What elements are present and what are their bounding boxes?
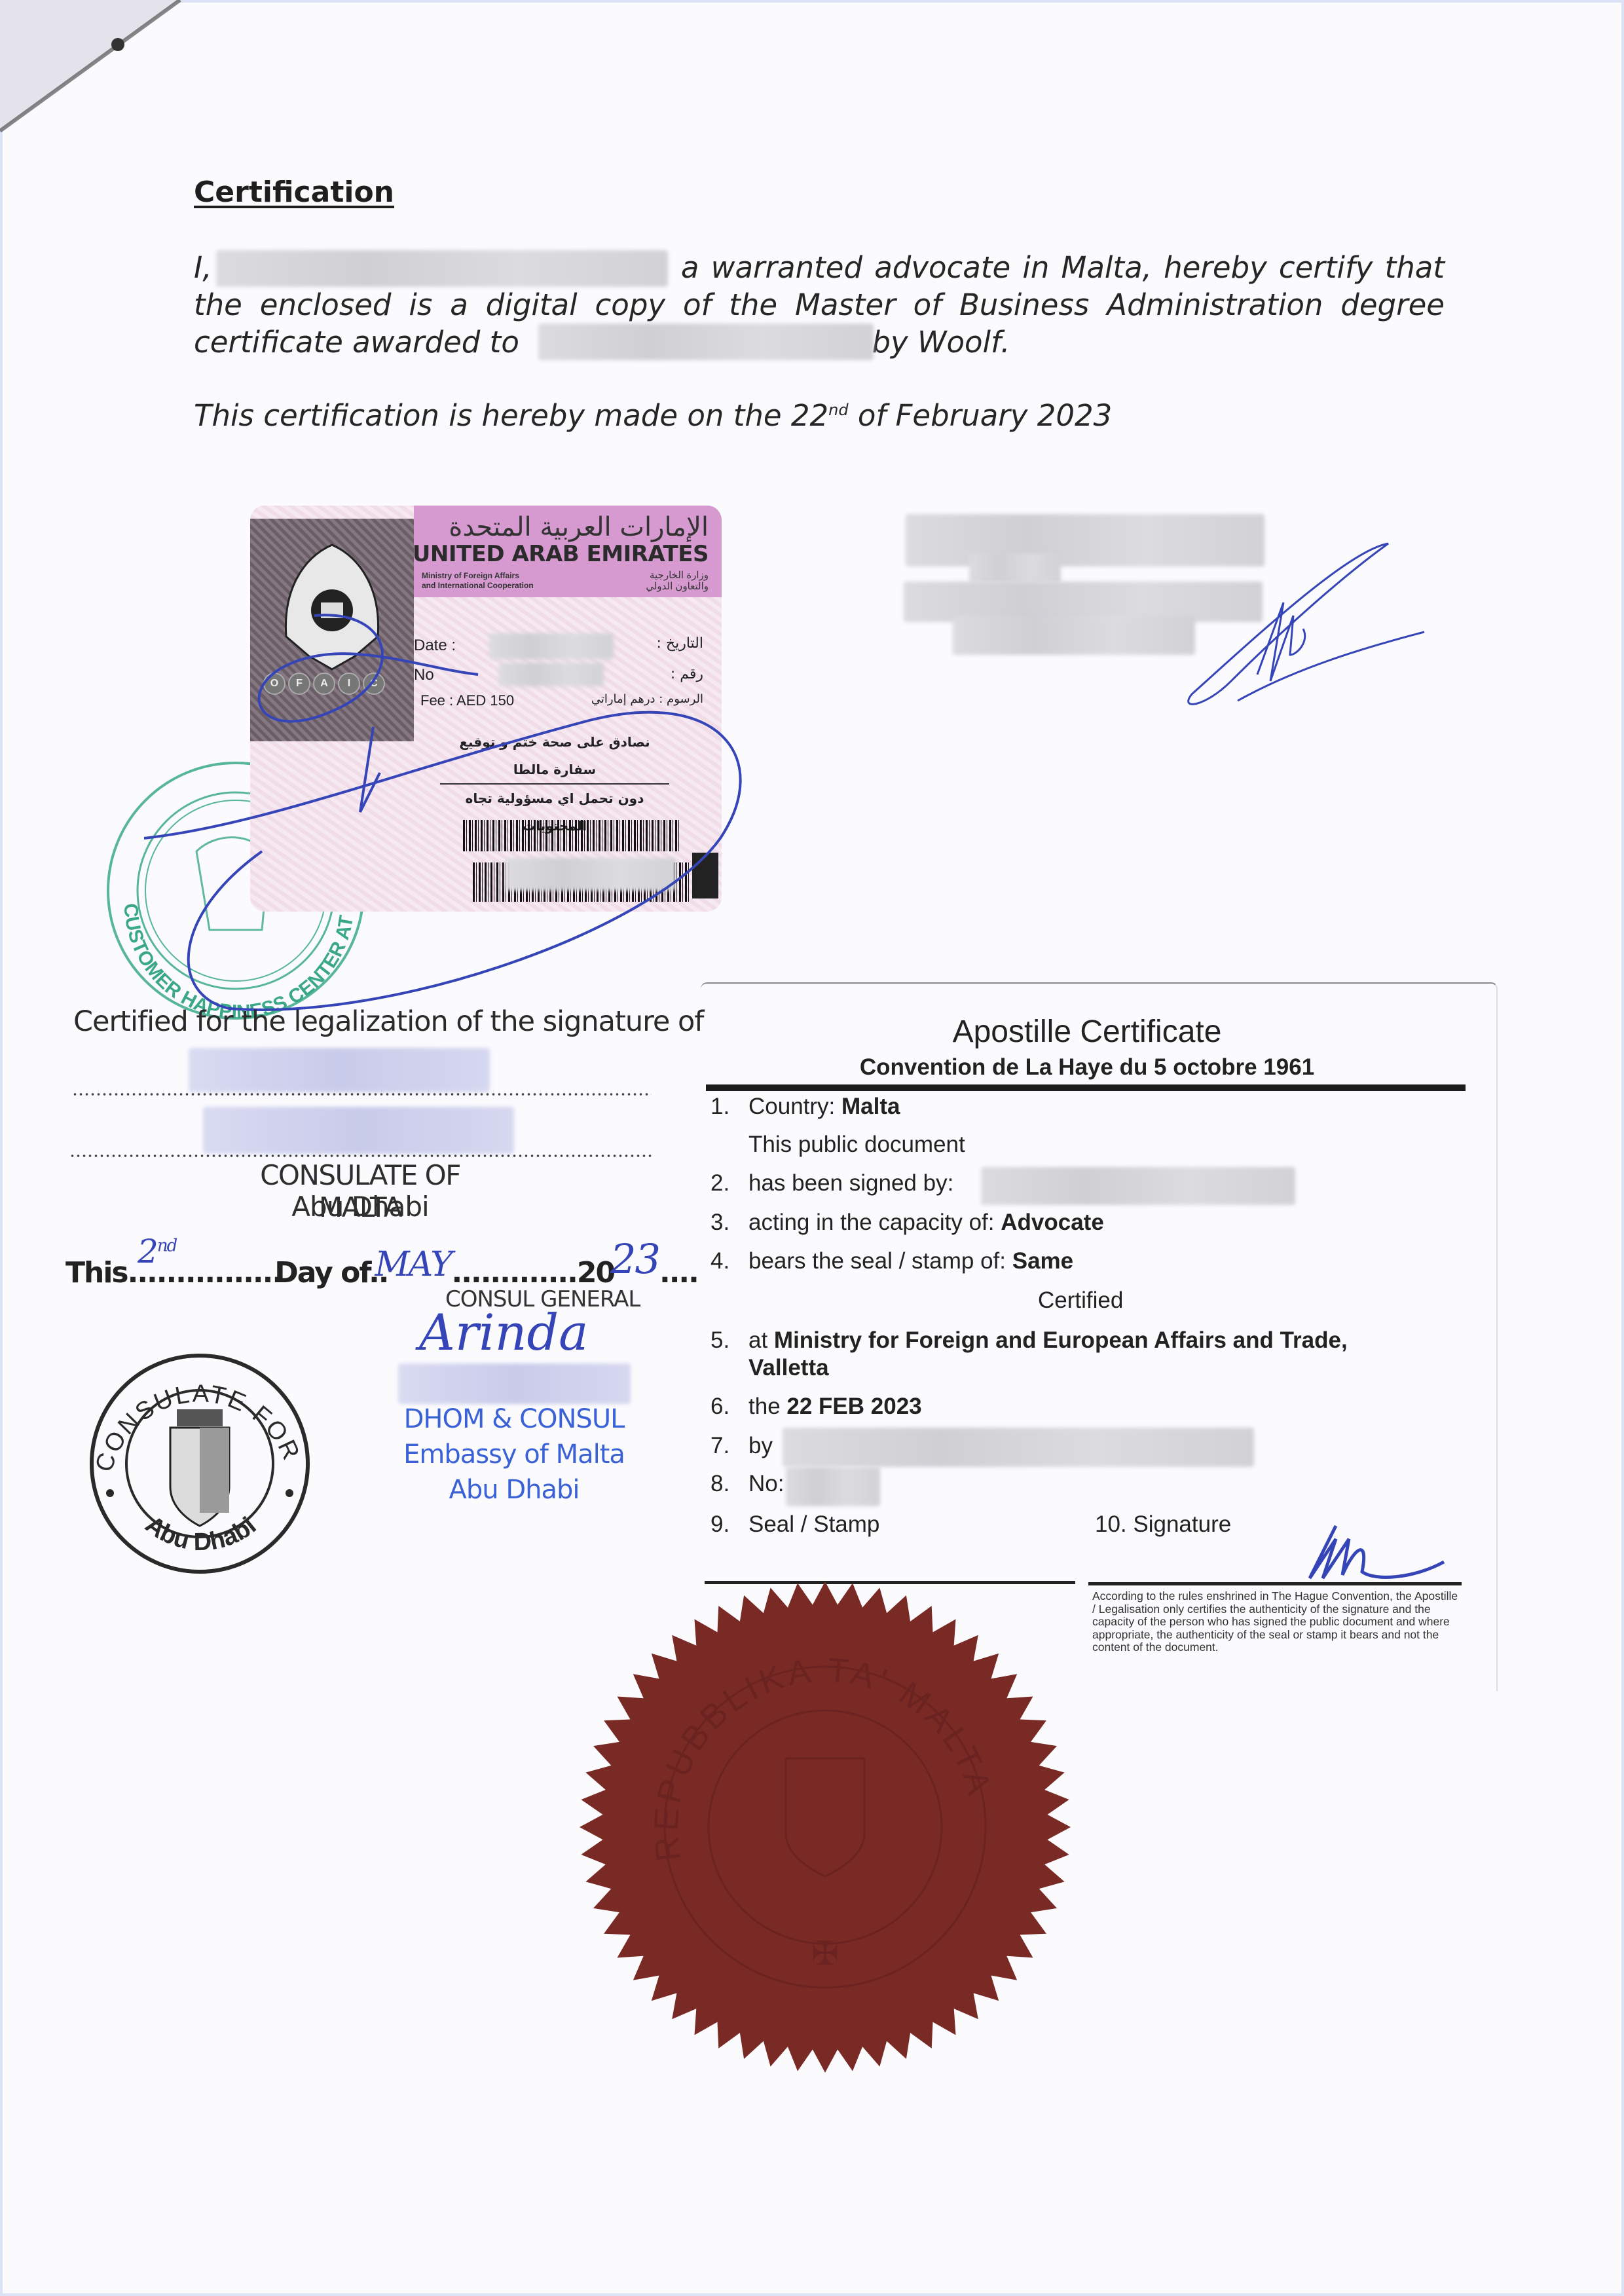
redaction-block bbox=[203, 1107, 514, 1154]
apostille-title: Apostille Certificate bbox=[707, 1014, 1467, 1050]
para-prefix: I, bbox=[194, 250, 212, 285]
apostille-item-seal-stamp: 9.Seal / Stamp bbox=[710, 1511, 879, 1538]
consul-stamp-text: DHOM & CONSUL Embassy of Malta Abu Dhabi bbox=[386, 1401, 642, 1508]
redaction-block bbox=[786, 1467, 880, 1506]
redaction-block bbox=[969, 553, 1061, 583]
apostille-certified-label: Certified bbox=[1038, 1287, 1123, 1314]
folded-corner bbox=[0, 0, 196, 157]
certification-title: Certification bbox=[194, 176, 394, 209]
date-sup: nd bbox=[828, 401, 848, 419]
legalization-date-line: This................2ndDay of..MAY......… bbox=[65, 1244, 698, 1292]
apostille-subtitle: Convention de La Haye du 5 octobre 1961 bbox=[707, 1054, 1467, 1081]
date-prefix: This certification is hereby made on the… bbox=[194, 398, 828, 433]
dotted-line bbox=[72, 1092, 652, 1096]
apostille-item-number: 8.No: bbox=[710, 1471, 784, 1497]
handwritten-year: 23 bbox=[610, 1235, 659, 1283]
apostille-disclaimer: According to the rules enshrined in The … bbox=[1092, 1590, 1459, 1654]
apostille-item-capacity: 3.acting in the capacity of: Advocate bbox=[710, 1210, 1104, 1236]
apostille-signature-label: 10. Signature bbox=[1095, 1511, 1231, 1538]
consulate-certified-text: Certified for the legalization of the si… bbox=[73, 1005, 703, 1038]
apostille-item-country: 1.Country: Malta bbox=[710, 1094, 900, 1120]
uae-title-ar: الإمارات العربية المتحدة bbox=[449, 512, 709, 542]
redaction-block bbox=[216, 250, 668, 287]
redaction-block bbox=[398, 1363, 631, 1404]
apostille-item-by: 7.by bbox=[710, 1433, 773, 1459]
signature-line bbox=[1088, 1582, 1462, 1585]
uae-title-en: UNITED ARAB EMIRATES bbox=[413, 541, 709, 567]
advocate-signature bbox=[1179, 524, 1441, 720]
republic-of-malta-seal: REPUBBLIKA TA' MALTA ✠ bbox=[576, 1578, 1074, 2076]
svg-text:✠: ✠ bbox=[811, 1935, 839, 1972]
para-suffix: by Woolf. bbox=[872, 325, 1010, 360]
handwritten-month: MAY bbox=[375, 1245, 452, 1284]
apostille-signature bbox=[1297, 1519, 1447, 1585]
date-suffix: of February 2023 bbox=[849, 398, 1113, 433]
redaction-block bbox=[538, 324, 874, 360]
apostille-rule bbox=[706, 1084, 1466, 1091]
apostille-item-at-city: Valletta bbox=[748, 1355, 829, 1381]
redaction-block bbox=[953, 616, 1195, 655]
dotted-line bbox=[69, 1154, 652, 1158]
consulate-round-stamp: CONSULATE FOR MALTA Abu Dhabi bbox=[85, 1349, 314, 1578]
consul-signature: Arinda bbox=[419, 1303, 588, 1361]
redaction-block bbox=[783, 1428, 1254, 1467]
apostille-item-signed-by: 2.has been signed by: bbox=[710, 1170, 953, 1196]
apostille-item-seal-of: 4.bears the seal / stamp of: Same bbox=[710, 1248, 1073, 1274]
apostille-item-public-document: This public document bbox=[748, 1132, 965, 1158]
mofa-signature bbox=[131, 576, 773, 1048]
certification-date: This certification is hereby made on the… bbox=[194, 398, 1112, 433]
apostille-item-date: 6.the 22 FEB 2023 bbox=[710, 1394, 922, 1420]
redaction-block bbox=[981, 1167, 1295, 1205]
handwritten-day: 2nd bbox=[138, 1232, 176, 1270]
consulate-city: Abu Dhabi bbox=[216, 1191, 504, 1223]
apostille-item-at: 5.at Ministry for Foreign and European A… bbox=[710, 1327, 1348, 1354]
redaction-block bbox=[189, 1048, 490, 1092]
